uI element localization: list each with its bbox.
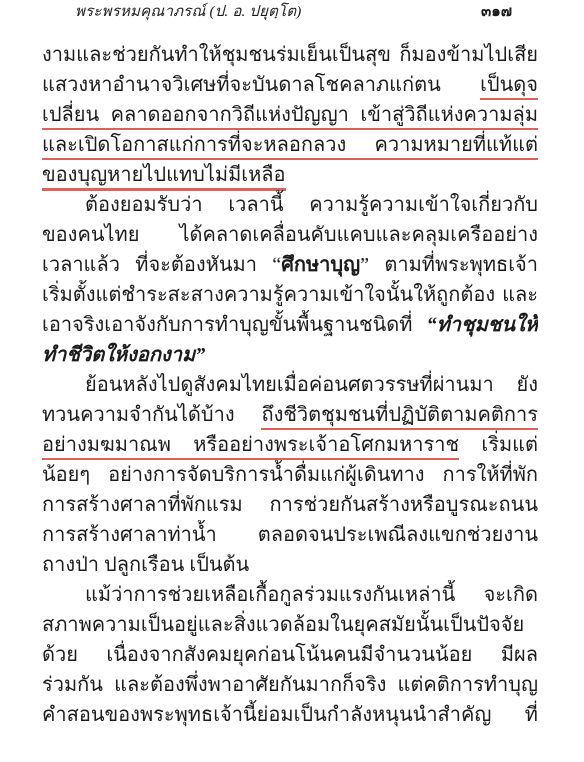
text-line: เอาจริงเอาจังกับการทำบุญขั้นพื้นฐานชนิดท… bbox=[42, 310, 538, 340]
text-line: ต้องยอมรับว่า เวลานี้ ความรู้ความเข้าใจเ… bbox=[42, 190, 538, 220]
text-segment: การสร้างศาลาที่พักแรม การช่วยกันสร้างหรื… bbox=[42, 494, 538, 520]
text-line: แสวงหาอำนาจวิเศษที่จะบันดาลโชคลาภแก่ตน เ… bbox=[42, 70, 538, 100]
text-line: ทวนความจำกันได้บ้าง ถึงชีวิตชุมชนที่ปฏิบ… bbox=[42, 400, 538, 430]
red-underlined-text: และเปิดโอกาสแก่การที่จะหลอกลวง ความหมายท… bbox=[42, 134, 538, 160]
page-number: ๓๑๗ bbox=[481, 2, 512, 22]
text-line: ทำชีวิตให้งอกงาม” bbox=[42, 340, 538, 370]
text-segment: เวลาแล้ว ที่จะต้องหันมา “ bbox=[42, 254, 281, 276]
text-segment: งามและช่วยกันทำให้ชุมชนร่มเย็นเป็นสุข ก็… bbox=[42, 44, 538, 70]
text-segment: ร่วมกัน และต้องพึ่งพาอาศัยกันมากก็จริง แ… bbox=[42, 674, 538, 700]
page-header: พระพรหมคุณาภรณ์ (ป. อ. ปยุตฺโต) ๓๑๗ bbox=[75, 2, 512, 22]
text-line: คำสอนของพระพุทธเจ้านี้ย่อมเป็นกำลังหนุนน… bbox=[42, 700, 538, 730]
running-title: พระพรหมคุณาภรณ์ (ป. อ. ปยุตฺโต) bbox=[75, 2, 301, 22]
red-underlined-text: เปลี่ยน คลาดออกจากวิถีแห่งปัญญา เข้าสู่ว… bbox=[42, 104, 538, 130]
text-line: ของบุญหายไปแทบไม่มีเหลือ bbox=[42, 160, 538, 190]
text-line: ย้อนหลังไปดูสังคมไทยเมื่อค่อนศตวรรษที่ผ่… bbox=[42, 370, 538, 400]
text-line: เริ่มตั้งแต่ชำระสะสางความรู้ความเข้าใจนั… bbox=[42, 280, 538, 310]
text-segment: สภาพความเป็นอยู่และสิ่งแวดล้อมในยุคสมัยน… bbox=[42, 614, 524, 640]
text-line: ถางป่า ปลูกเรือน เป็นต้น bbox=[42, 550, 538, 580]
book-page: พระพรหมคุณาภรณ์ (ป. อ. ปยุตฺโต) ๓๑๗ งามแ… bbox=[0, 0, 584, 762]
text-segment: ถางป่า ปลูกเรือน เป็นต้น bbox=[42, 554, 249, 576]
text-segment: แสวงหาอำนาจวิเศษที่จะบันดาลโชคลาภแก่ตน bbox=[42, 74, 480, 96]
text-line: ด้วย เนื่องจากสังคมยุคก่อนโน้นคนมีจำนวนน… bbox=[42, 640, 538, 670]
red-underlined-text: อย่างมฆมาณพ หรืออย่างพระเจ้าอโศกมหาราช bbox=[42, 434, 459, 460]
text-line: อย่างมฆมาณพ หรืออย่างพระเจ้าอโศกมหาราช เ… bbox=[42, 430, 538, 460]
text-line: และเปิดโอกาสแก่การที่จะหลอกลวง ความหมายท… bbox=[42, 130, 538, 160]
text-line: เวลาแล้ว ที่จะต้องหันมา “ศึกษาบุญ” ตามที… bbox=[42, 250, 538, 280]
text-segment: เริ่มตั้งแต่ชำระสะสางความรู้ความเข้าใจนั… bbox=[42, 284, 538, 310]
text-line: สภาพความเป็นอยู่และสิ่งแวดล้อมในยุคสมัยน… bbox=[42, 610, 538, 640]
text-segment: ทวนความจำกันได้บ้าง bbox=[42, 404, 261, 426]
body-text: งามและช่วยกันทำให้ชุมชนร่มเย็นเป็นสุข ก็… bbox=[42, 40, 538, 730]
red-underlined-text: ของบุญหายไปแทบไม่มีเหลือ bbox=[42, 164, 286, 191]
text-segment: น้อยๆ อย่างการจัดบริการน้ำดื่มแก่ผู้เดิน… bbox=[42, 464, 538, 490]
text-segment: ด้วย เนื่องจากสังคมยุคก่อนโน้นคนมีจำนวนน… bbox=[42, 644, 538, 670]
text-line: ของคนไทย ได้คลาดเคลื่อนคับแคบและคลุมเครื… bbox=[42, 220, 538, 250]
text-segment: ของคนไทย ได้คลาดเคลื่อนคับแคบและคลุมเครื… bbox=[42, 224, 538, 250]
text-line: เปลี่ยน คลาดออกจากวิถีแห่งปัญญา เข้าสู่ว… bbox=[42, 100, 538, 130]
text-segment: ต้องยอมรับว่า เวลานี้ ความรู้ความเข้าใจเ… bbox=[42, 194, 538, 220]
text-segment: แม้ว่าการช่วยเหลือเกื้อกูลร่วมแรงกันเหล่… bbox=[42, 584, 538, 610]
text-line: การสร้างศาลาท่าน้ำ ตลอดจนประเพณีลงแขกช่ว… bbox=[42, 520, 538, 550]
text-segment: ศึกษาบุญ bbox=[281, 254, 360, 276]
text-line: ร่วมกัน และต้องพึ่งพาอาศัยกันมากก็จริง แ… bbox=[42, 670, 538, 700]
text-segment: เอาจริงเอาจังกับการทำบุญขั้นพื้นฐานชนิดท… bbox=[42, 314, 427, 336]
text-line: แม้ว่าการช่วยเหลือเกื้อกูลร่วมแรงกันเหล่… bbox=[42, 580, 538, 610]
text-segment: ย้อนหลังไปดูสังคมไทยเมื่อค่อนศตวรรษที่ผ่… bbox=[42, 374, 538, 400]
text-line: งามและช่วยกันทำให้ชุมชนร่มเย็นเป็นสุข ก็… bbox=[42, 40, 538, 70]
text-line: น้อยๆ อย่างการจัดบริการน้ำดื่มแก่ผู้เดิน… bbox=[42, 460, 538, 490]
text-segment: ทำชีวิตให้งอกงาม” bbox=[42, 344, 205, 366]
text-segment: การสร้างศาลาท่าน้ำ ตลอดจนประเพณีลงแขกช่ว… bbox=[42, 524, 538, 550]
text-segment: คำสอนของพระพุทธเจ้านี้ย่อมเป็นกำลังหนุนน… bbox=[42, 704, 538, 730]
text-line: การสร้างศาลาที่พักแรม การช่วยกันสร้างหรื… bbox=[42, 490, 538, 520]
